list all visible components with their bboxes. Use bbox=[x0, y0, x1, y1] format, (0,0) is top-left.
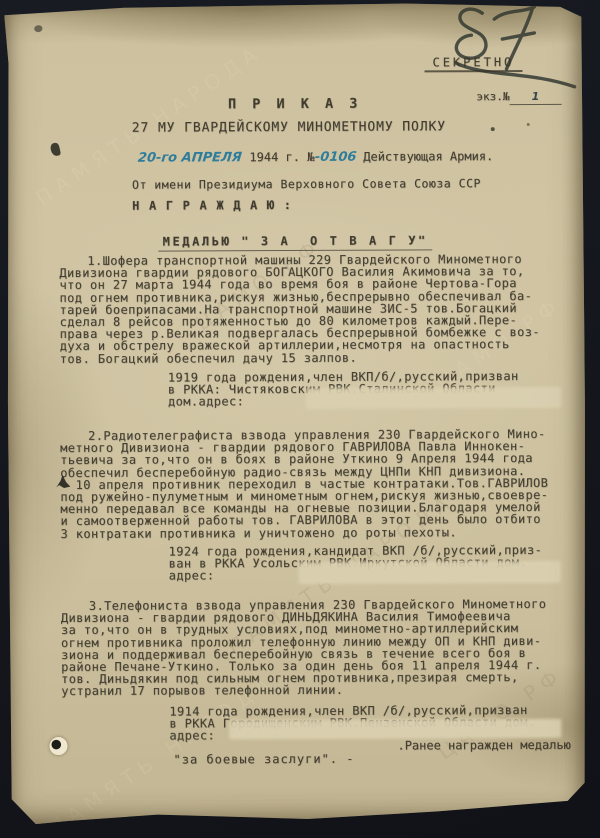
document-paper: ПАМЯТЬ НАРОДА ЦАМО РФ ЦАМО РФ ПАМЯТЬ НАР… bbox=[4, 1, 588, 828]
redacted-address bbox=[299, 561, 561, 584]
citation-line: устранил 17 порывов телефонной линии. bbox=[61, 683, 547, 697]
previous-award-note: .Ранее награжден медалью bbox=[397, 738, 570, 753]
entry-3-citation: 3.Телефониста взвода управления 230 Гвар… bbox=[61, 598, 547, 698]
citation-line: тов. Богацкий обеспечил дачу 15 залпов. bbox=[60, 350, 540, 364]
handwritten-order-number: -0106 bbox=[314, 150, 357, 165]
redacted-address bbox=[229, 719, 561, 739]
entry-2-citation: 2.Радиотелеграфиста взвода управления 23… bbox=[60, 428, 548, 540]
archival-scan-page: ПАМЯТЬ НАРОДА ЦАМО РФ ЦАМО РФ ПАМЯТЬ НАР… bbox=[0, 0, 600, 838]
entry-1-citation: 1.Шофера транспортной машины 229 Гвардей… bbox=[59, 253, 540, 365]
ink-blot bbox=[50, 142, 62, 157]
ink-speck bbox=[491, 127, 495, 131]
award-verb: Н А Г Р А Ж Д А Ю : bbox=[132, 198, 292, 213]
order-title: П Р И К А З bbox=[5, 95, 585, 114]
medal-title-wrap: МЕДАЛЬЮ " З А О Т В А Г У" bbox=[5, 229, 585, 251]
secrecy-stamp: СЕКРЕТНО bbox=[424, 55, 522, 72]
redacted-address bbox=[306, 387, 561, 409]
punch-hole bbox=[49, 737, 67, 755]
previous-award-medal: "за боевые заслуги". - bbox=[173, 752, 354, 767]
order-addressee: 27 МУ ГВАРДЕЙСКОМУ МИНОМЕТНОМУ ПОЛКУ bbox=[132, 119, 446, 135]
medal-title: МЕДАЛЬЮ " З А О Т В А Г У" bbox=[159, 233, 432, 251]
typed-date-year: 1944 г. № bbox=[249, 150, 314, 164]
army-note-text: Действующая Армия. bbox=[363, 149, 493, 164]
ink-blot bbox=[34, 24, 43, 33]
citation-line: 3 контратаки противника и уничтожено до … bbox=[60, 525, 548, 539]
preamble: От имени Президиума Верховного Совета Со… bbox=[132, 176, 481, 192]
handwritten-date: 20-го АПРЕЛЯ bbox=[137, 150, 242, 165]
ink-speck bbox=[527, 123, 530, 126]
typed-date bbox=[242, 150, 249, 164]
